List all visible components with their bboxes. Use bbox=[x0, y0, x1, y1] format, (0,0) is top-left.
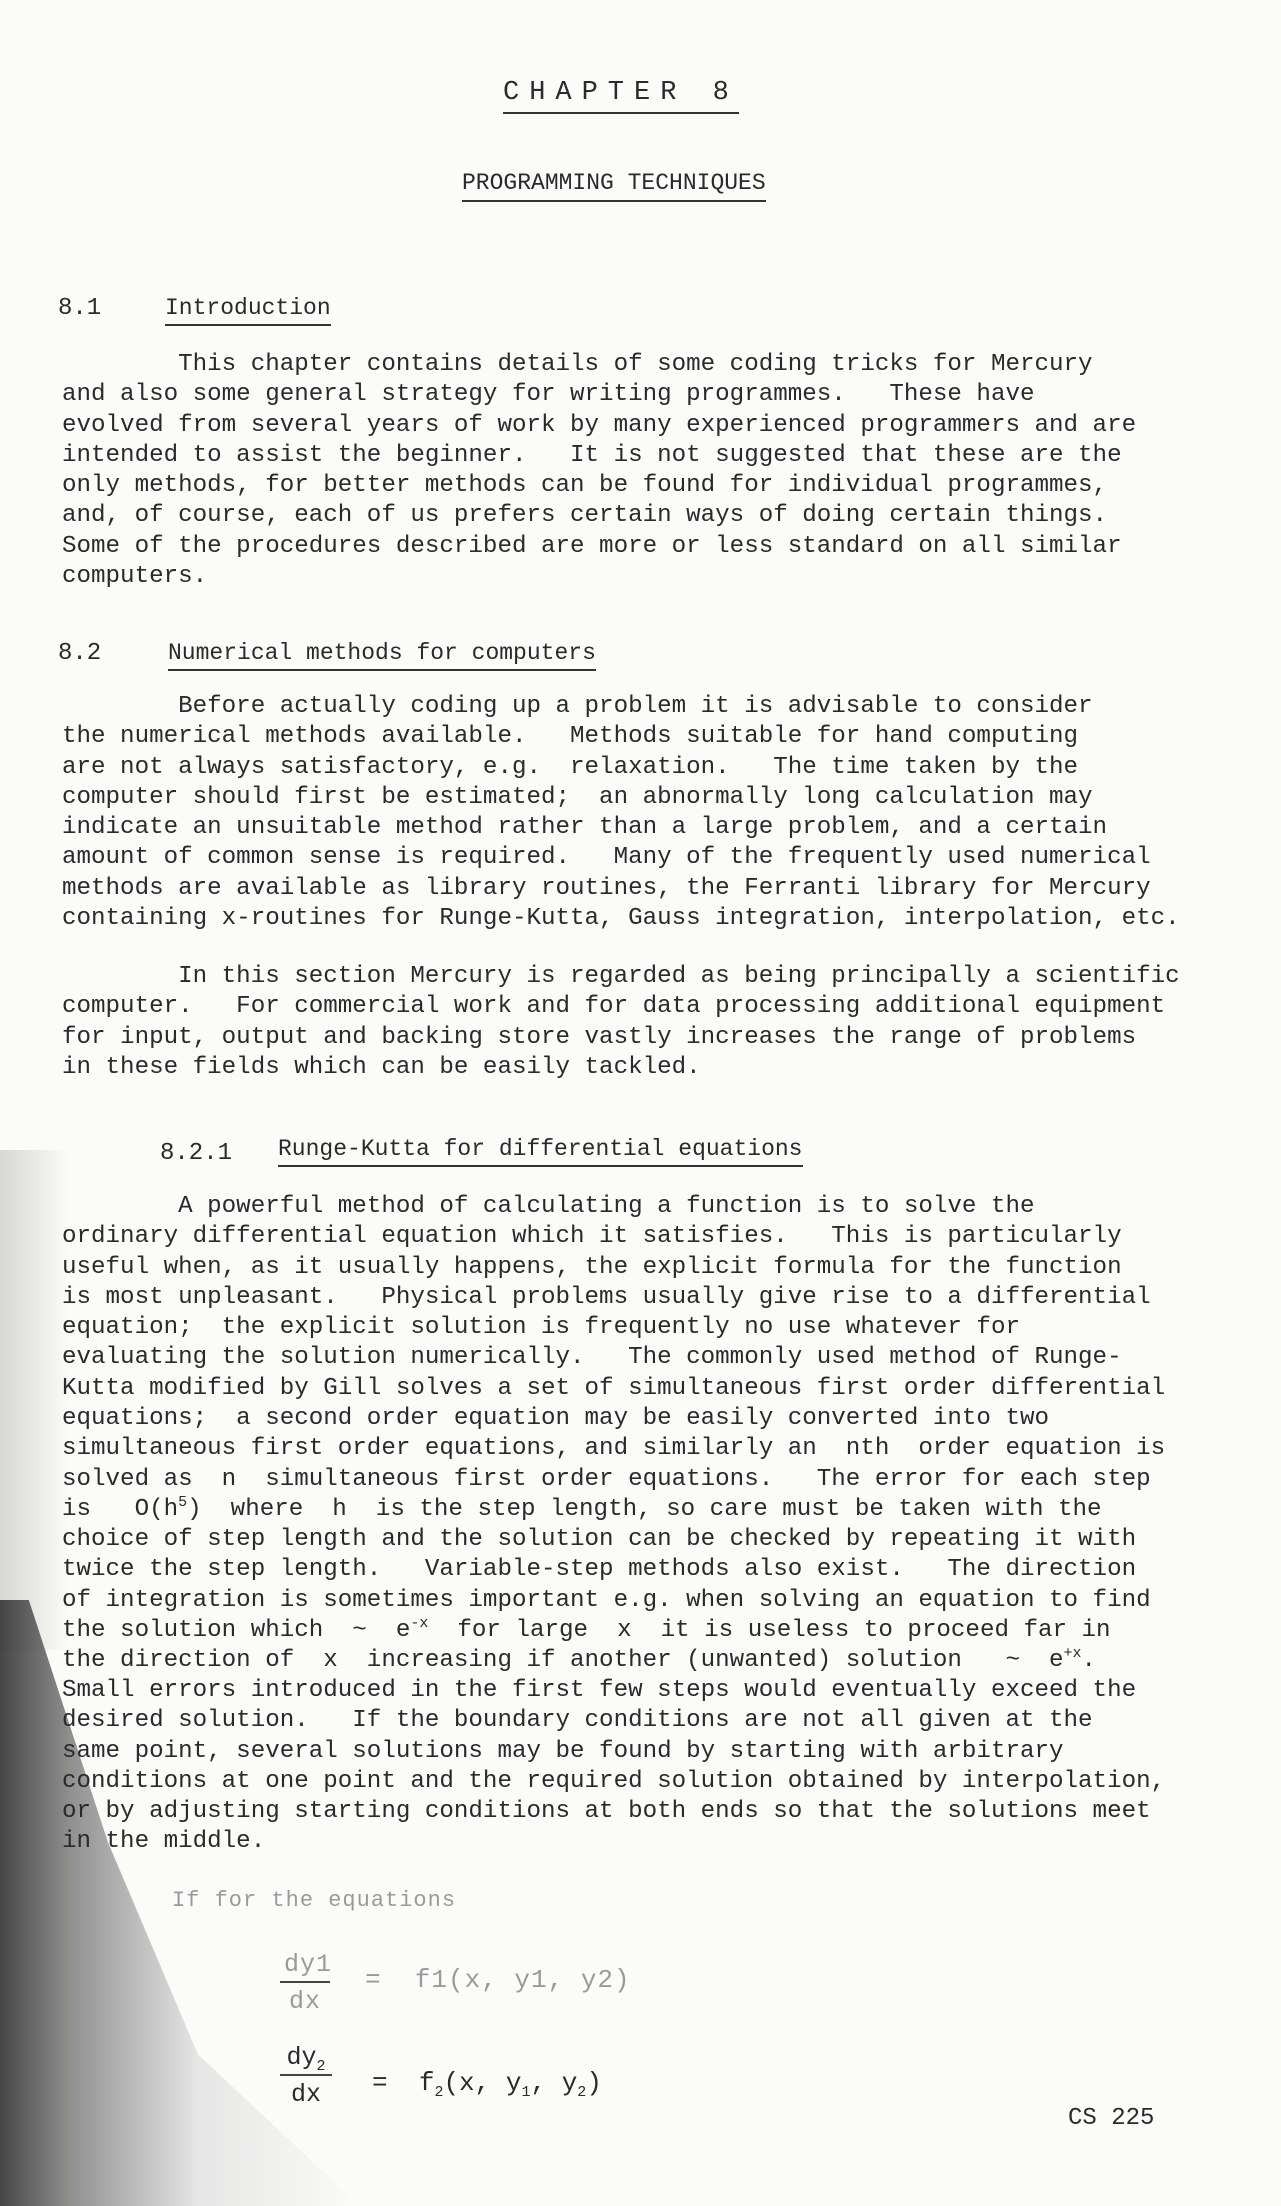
exp-line1-pre: the solution which ~ e bbox=[62, 1617, 410, 1644]
intro-paragraph: This chapter contains details of some co… bbox=[62, 350, 1136, 592]
eq2-num-main: dy bbox=[286, 2043, 316, 2072]
section-heading-numerical-methods: Numerical methods for computers bbox=[168, 640, 596, 671]
section-number-8-2: 8.2 bbox=[58, 640, 101, 667]
error-order-line: is O(h5) where h is the step length, so … bbox=[62, 1495, 1102, 1525]
exp-line2-exponent: +x bbox=[1064, 1645, 1082, 1662]
error-exponent: 5 bbox=[178, 1494, 187, 1511]
mercury-scientific-paragraph: In this section Mercury is regarded as b… bbox=[62, 962, 1180, 1083]
eq2-args-b: , y bbox=[530, 2068, 577, 2098]
exp-line-1: the solution which ~ e-x for large x it … bbox=[62, 1616, 1111, 1646]
numerical-methods-paragraph: Before actually coding up a problem it i… bbox=[62, 692, 1180, 934]
equation-2-rhs: = f2(x, y1, y2) bbox=[372, 2068, 602, 2098]
closing-paragraph: Small errors introduced in the first few… bbox=[62, 1676, 1165, 1858]
error-line-pre: is O(h bbox=[62, 1496, 178, 1523]
eq2-args-b-sub: 2 bbox=[577, 2084, 586, 2101]
exp-line2-pre: the direction of x increasing if another… bbox=[62, 1647, 1064, 1674]
page-code: CS 225 bbox=[1068, 2105, 1154, 2132]
eq2-equals: = bbox=[372, 2068, 388, 2098]
eq2-denominator: dx bbox=[280, 2076, 332, 2109]
eq1-denominator: dx bbox=[280, 1983, 330, 2016]
eq2-args-a: (x, y bbox=[443, 2068, 521, 2098]
eq2-func: f bbox=[419, 2068, 435, 2098]
chapter-label: CHAPTER 8 bbox=[503, 78, 739, 114]
equations-intro: If for the equations bbox=[172, 1888, 456, 1913]
section-heading-introduction: Introduction bbox=[165, 295, 331, 326]
scan-edge-shading bbox=[0, 1150, 70, 1650]
eq2-close: ) bbox=[586, 2068, 602, 2098]
section-number-8-2-1: 8.2.1 bbox=[160, 1140, 232, 1167]
equation-1-fraction: dy1 dx bbox=[280, 1950, 330, 2016]
exp-line-2: the direction of x increasing if another… bbox=[62, 1646, 1096, 1676]
section-heading-runge-kutta: Runge-Kutta for differential equations bbox=[278, 1136, 803, 1167]
section-number-8-1: 8.1 bbox=[58, 295, 101, 322]
exp-line1-post: for large x it is useless to proceed far… bbox=[428, 1617, 1110, 1644]
eq2-numerator: dy2 bbox=[280, 2043, 332, 2076]
step-length-lines: choice of step length and the solution c… bbox=[62, 1525, 1151, 1616]
eq2-num-sub: 2 bbox=[317, 2058, 326, 2075]
equation-2-fraction: dy2 dx bbox=[280, 2043, 332, 2109]
eq1-numerator: dy1 bbox=[280, 1950, 330, 1983]
exp-line2-post: . bbox=[1082, 1647, 1097, 1674]
exp-line1-exponent: -x bbox=[410, 1615, 428, 1632]
equation-1-rhs: = f1(x, y1, y2) bbox=[365, 1965, 631, 1995]
error-line-post: ) where h is the step length, so care mu… bbox=[187, 1496, 1101, 1523]
runge-kutta-paragraph: A powerful method of calculating a funct… bbox=[62, 1192, 1165, 1495]
chapter-title: PROGRAMMING TECHNIQUES bbox=[462, 170, 766, 202]
